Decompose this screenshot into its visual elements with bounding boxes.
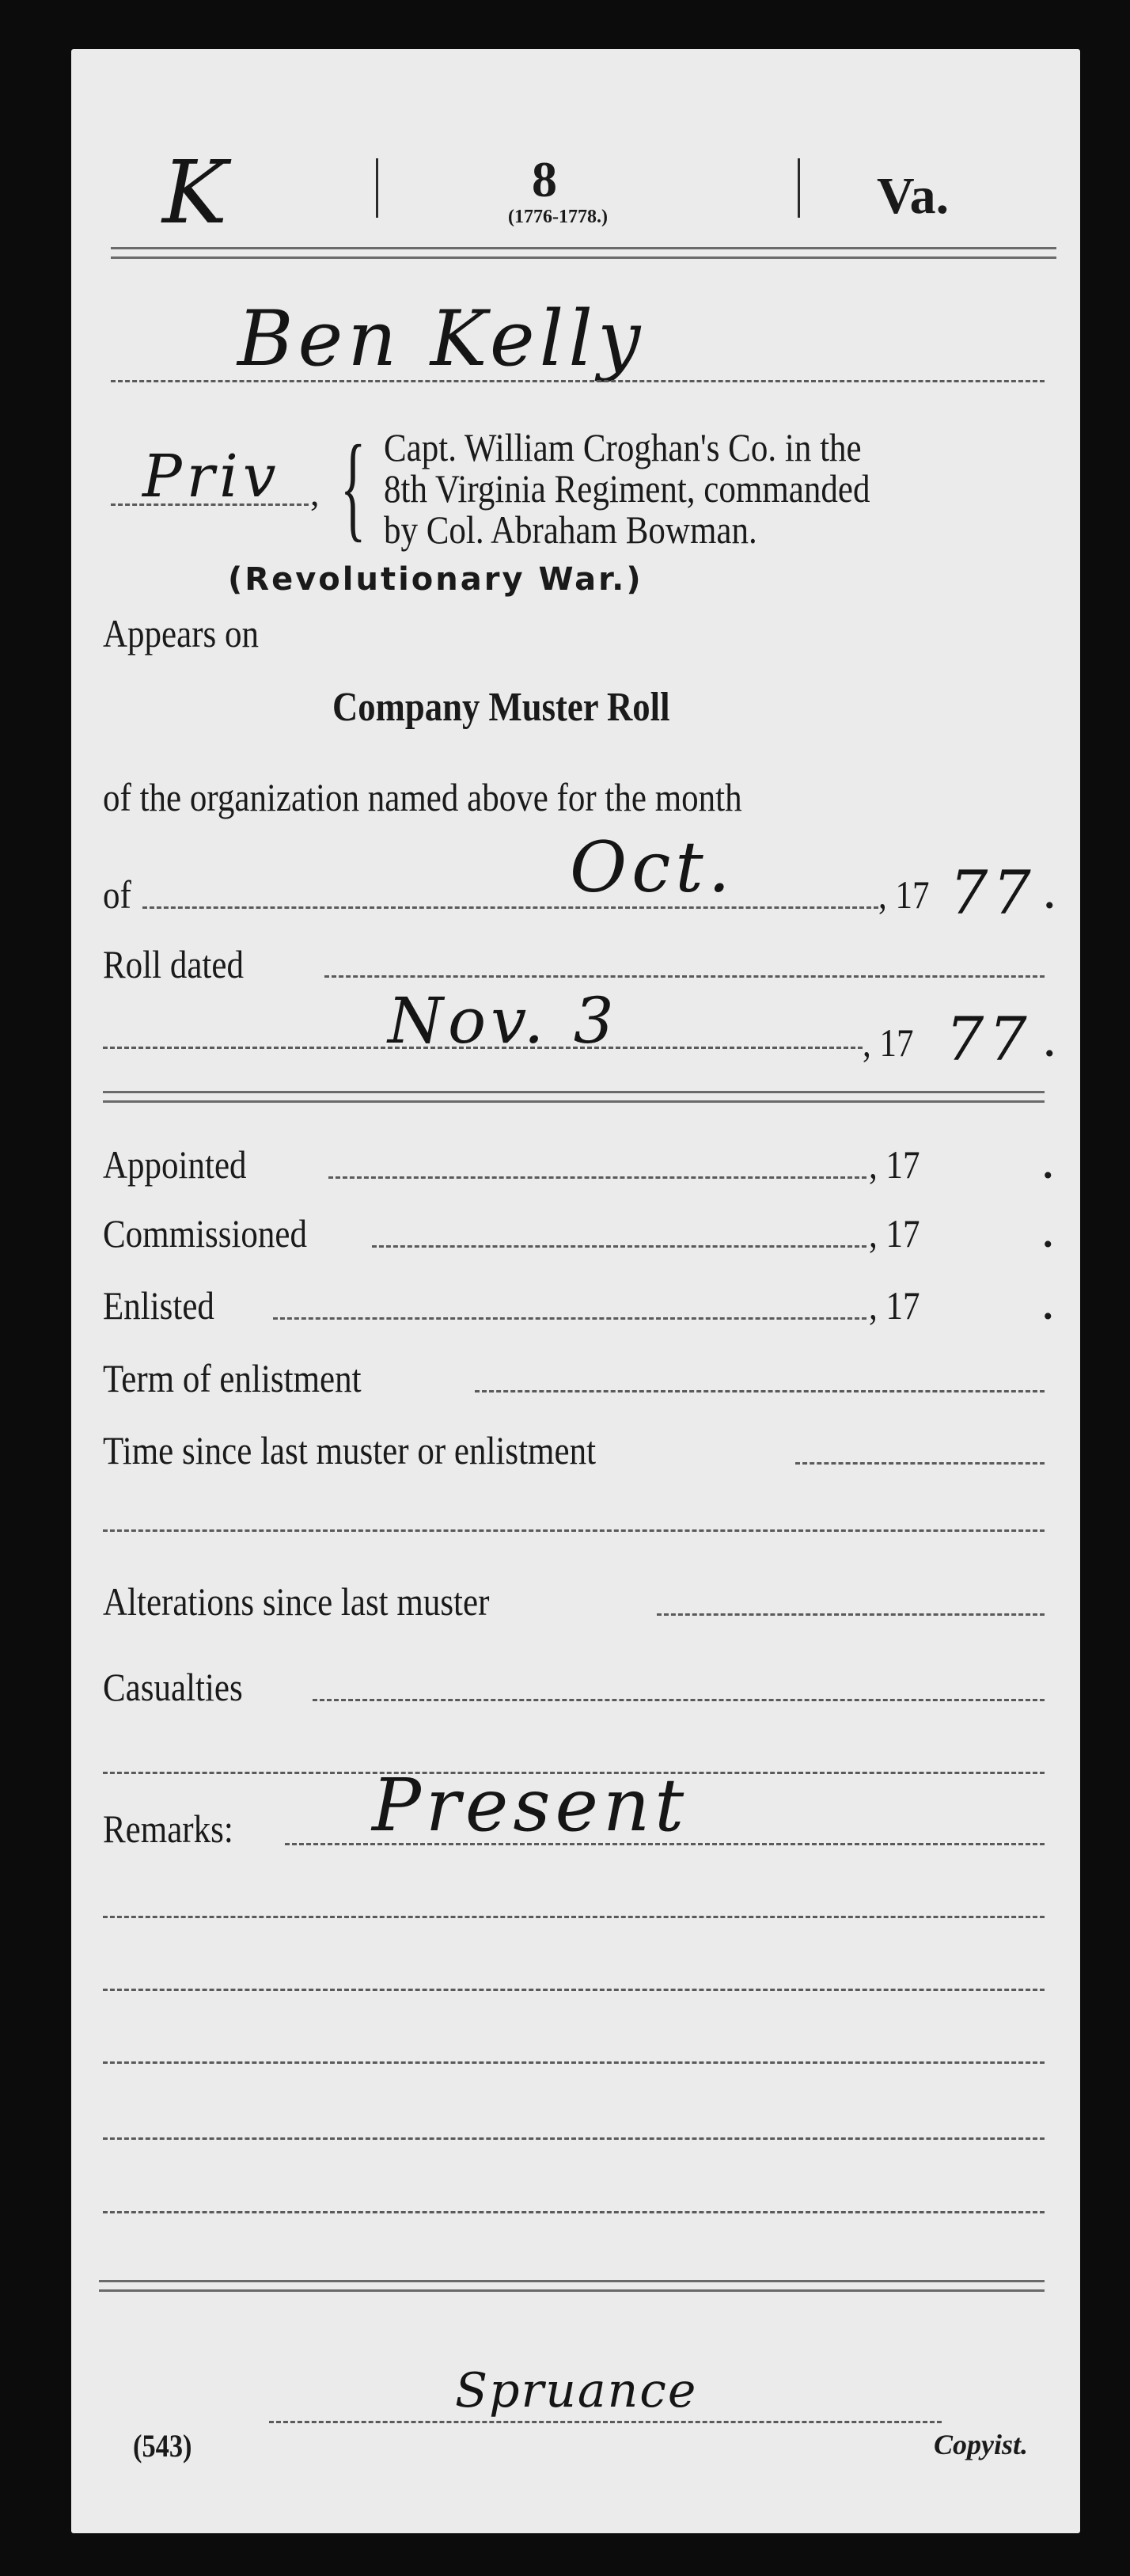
remarks-value: Present	[372, 1769, 688, 1842]
period: .	[1043, 1286, 1053, 1325]
period: .	[1045, 875, 1055, 914]
appointed-label: Appointed	[103, 1145, 247, 1184]
footer-rule	[99, 2280, 1045, 2282]
roll-year-prefix: , 17	[863, 1023, 914, 1062]
appointed-line	[328, 1176, 866, 1179]
term-label: Term of enlistment	[103, 1358, 362, 1398]
org-line-2: 8th Virginia Regiment, commanded	[384, 469, 870, 508]
month-line	[142, 906, 878, 909]
section-rule	[103, 1100, 1045, 1103]
remarks-line	[103, 1989, 1045, 1991]
date-range: (1776-1778.)	[508, 207, 608, 226]
time-since-line	[795, 1462, 1045, 1465]
muster-roll-card	[71, 49, 1080, 2533]
roll-date-value: Nov. 3	[388, 990, 619, 1053]
blank-line	[103, 1529, 1045, 1532]
of-label: of	[103, 875, 131, 914]
roll-dated-label: Roll dated	[103, 944, 244, 984]
month-year-value: 77	[950, 863, 1036, 923]
footer-rule	[99, 2289, 1045, 2292]
header-divider	[798, 158, 800, 218]
commissioned-year: , 17	[869, 1214, 920, 1253]
soldier-name: Ben Kelly	[237, 301, 645, 377]
rank-line	[111, 503, 309, 506]
commissioned-label: Commissioned	[103, 1214, 307, 1253]
remarks-line	[103, 2211, 1045, 2213]
record-type: Company Muster Roll	[332, 687, 670, 728]
name-line	[111, 380, 1045, 382]
header-rule	[111, 247, 1056, 249]
copyist-line	[269, 2421, 942, 2423]
org-description: of the organization named above for the …	[103, 777, 742, 817]
appears-on-label: Appears on	[103, 614, 259, 653]
brace: {	[340, 427, 366, 546]
state-label: Va.	[877, 170, 949, 222]
book-number: 8	[532, 154, 557, 205]
roll-year-value: 77	[946, 1009, 1032, 1070]
term-line	[475, 1390, 1045, 1392]
period: .	[1045, 1023, 1055, 1062]
copyist-label: Copyist.	[934, 2430, 1028, 2459]
header-rule	[111, 256, 1056, 259]
form-number: (543)	[133, 2430, 192, 2462]
appointed-year: , 17	[869, 1145, 920, 1184]
period: .	[1043, 1214, 1053, 1253]
war-label: (Revolutionary War.)	[228, 564, 643, 595]
commissioned-line	[372, 1245, 866, 1248]
period: .	[1043, 1145, 1053, 1184]
alterations-line	[657, 1613, 1045, 1616]
rank-value: Priv	[142, 447, 281, 506]
enlisted-label: Enlisted	[103, 1286, 214, 1325]
enlisted-line	[273, 1317, 866, 1320]
remarks-line	[103, 2061, 1045, 2064]
remarks-label: Remarks:	[103, 1809, 233, 1848]
casualties-label: Casualties	[103, 1667, 243, 1707]
time-since-label: Time since last muster or enlistment	[103, 1430, 596, 1470]
handwritten-mark: K	[162, 149, 232, 236]
alterations-label: Alterations since last muster	[103, 1582, 489, 1621]
roll-dated-line	[324, 975, 1045, 978]
section-rule	[103, 1091, 1045, 1093]
org-line-1: Capt. William Croghan's Co. in the	[384, 427, 862, 467]
remarks-line	[103, 2137, 1045, 2140]
enlisted-year: , 17	[869, 1286, 920, 1325]
rank-comma: ,	[310, 475, 320, 511]
org-line-3: by Col. Abraham Bowman.	[384, 510, 757, 549]
remarks-line	[103, 1916, 1045, 1918]
casualties-line	[313, 1699, 1045, 1701]
month-value: Oct.	[570, 833, 735, 902]
copyist-signature: Spruance	[455, 2367, 697, 2415]
header-divider	[376, 158, 378, 218]
month-year-prefix: , 17	[878, 875, 930, 914]
